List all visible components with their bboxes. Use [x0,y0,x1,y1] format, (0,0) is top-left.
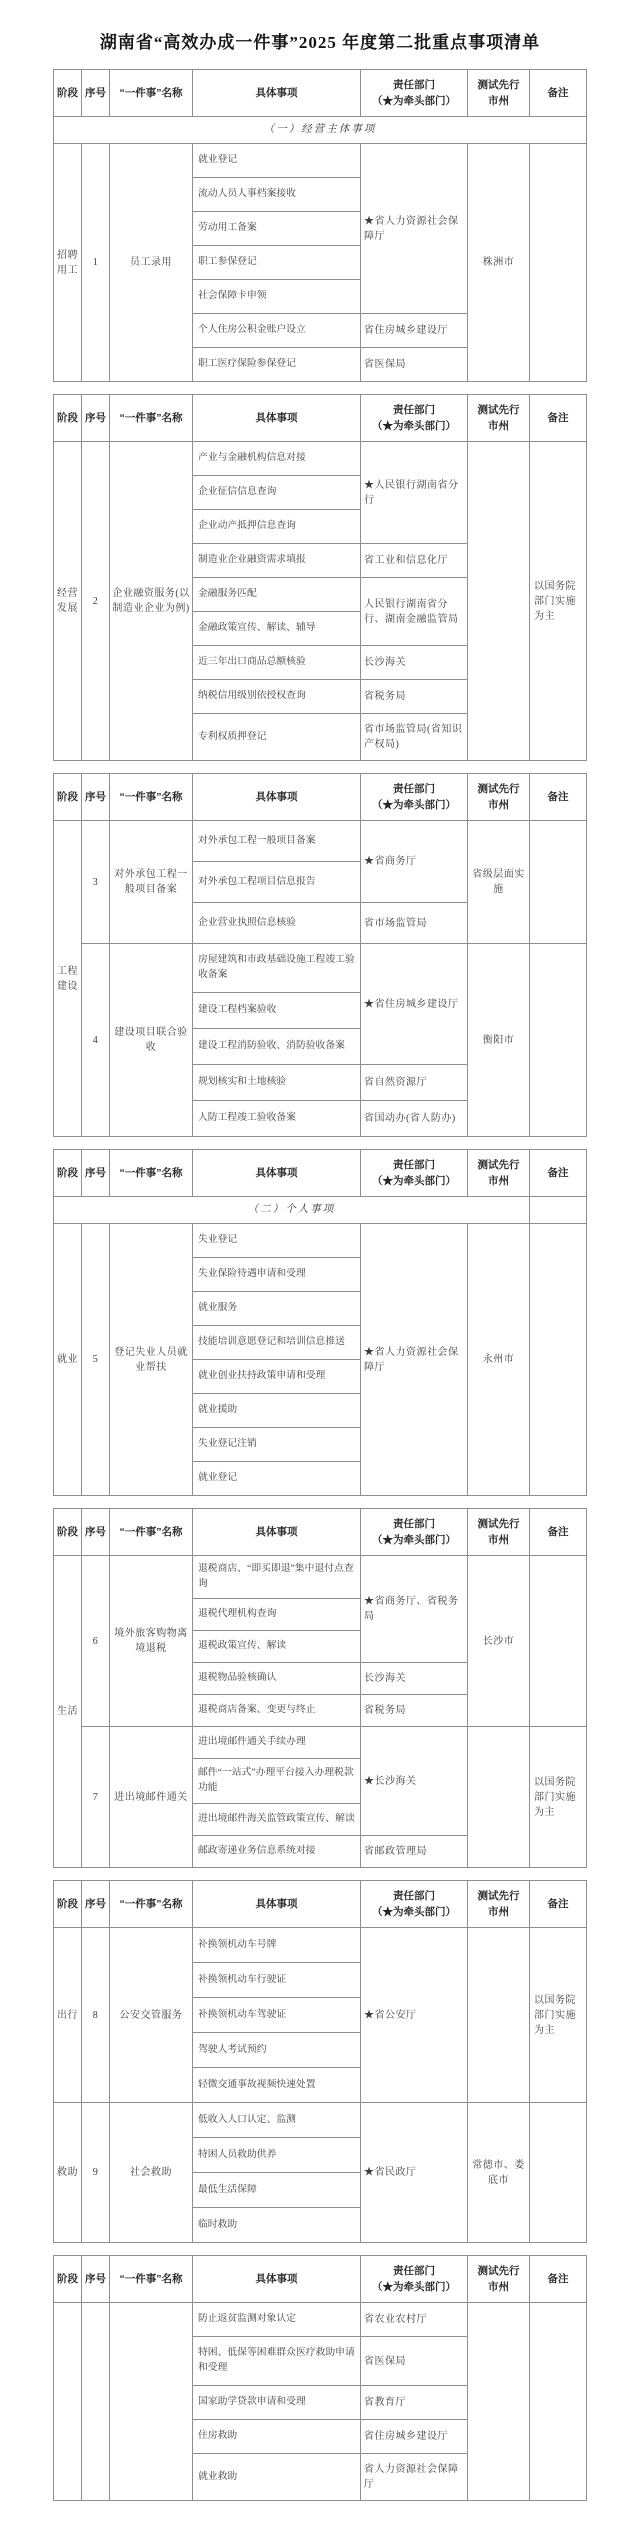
serial-cell: 8 [82,1928,110,2103]
stage-cell: 出行 [54,1928,82,2103]
col-header-remark: 备注 [530,774,587,821]
remark-cell [530,1556,587,1727]
dept-cell: 省住房城乡建设厅 [361,2420,468,2454]
table-row: 经营发展 2 企业融资服务(以制造业企业为例) 产业与金融机构信息对接 ★人民银… [54,442,587,476]
city-cell: 永州市 [468,1224,530,1496]
table-block-5: 阶段 序号 “一件事”名称 具体事项 责任部门 （★为牵头部门） 测试先行 市州… [53,1508,587,1868]
col-header-stage: 阶段 [54,2256,82,2303]
dept-cell: 省国动办(省人防办) [361,1101,468,1137]
col-header-city: 测试先行 市州 [468,1509,530,1556]
item-cell: 纳税信用级别依授权查询 [193,680,361,714]
item-cell: 企业营业执照信息核验 [193,903,361,944]
item-cell: 退税物品验核确认 [193,1663,361,1695]
item-cell: 退税政策宣传、解读 [193,1631,361,1663]
dept-cell: 省工业和信息化厅 [361,544,468,578]
item-cell: 失业保险待遇申请和受理 [193,1258,361,1292]
dept-cell: ★省商务厅 [361,821,468,903]
name-cell: 企业融资服务(以制造业企业为例) [110,442,193,761]
section-banner: （二）个人事项 [54,1197,530,1224]
item-cell: 产业与金融机构信息对接 [193,442,361,476]
header-row: 阶段 序号 “一件事”名称 具体事项 责任部门 （★为牵头部门） 测试先行 市州… [54,1881,587,1928]
col-header-stage: 阶段 [54,70,82,117]
table-row: 救助 9 社会救助 低收入人口认定、监测 ★省民政厅 常德市、娄底市 [54,2103,587,2138]
item-cell: 就业登记 [193,144,361,178]
serial-cell: 3 [82,821,110,944]
city-cell: 常德市、娄底市 [468,2103,530,2243]
header-row: 阶段 序号 “一件事”名称 具体事项 责任部门 （★为牵头部门） 测试先行 市州… [54,2256,587,2303]
item-cell: 国家助学贷款申请和受理 [193,2386,361,2420]
item-cell: 社会保障卡申领 [193,280,361,314]
item-cell: 防止返贫监测对象认定 [193,2303,361,2337]
document: 湖南省“高效办成一件事”2025 年度第二批重点事项清单 阶段 序号 “一件事”… [0,0,640,2529]
col-header-city: 测试先行 市州 [468,1881,530,1928]
col-header-city: 测试先行 市州 [468,2256,530,2303]
page-title: 湖南省“高效办成一件事”2025 年度第二批重点事项清单 [0,28,640,53]
col-header-no: 序号 [82,1150,110,1197]
col-header-city: 测试先行 市州 [468,70,530,117]
serial-cell: 2 [82,442,110,761]
item-cell: 规划核实和土地核验 [193,1065,361,1101]
col-header-stage: 阶段 [54,774,82,821]
name-cell [110,2303,193,2501]
col-header-remark: 备注 [530,2256,587,2303]
city-cell: 衡阳市 [468,944,530,1137]
col-header-name: “一件事”名称 [110,70,193,117]
city-cell [468,1727,530,1868]
remark-cell: 以国务院部门实施为主 [530,1928,587,2103]
city-cell [468,1928,530,2103]
header-row: 阶段 序号 “一件事”名称 具体事项 责任部门 （★为牵头部门） 测试先行 市州… [54,774,587,821]
col-header-no: 序号 [82,70,110,117]
serial-cell: 9 [82,2103,110,2243]
item-cell: 特困、低保等困难群众医疗救助申请和受理 [193,2337,361,2386]
section-banner-row: （二）个人事项 [54,1197,587,1224]
section-banner: （一）经营主体事项 [54,117,587,144]
table-block-7: 阶段 序号 “一件事”名称 具体事项 责任部门 （★为牵头部门） 测试先行 市州… [53,2255,587,2501]
header-row: 阶段 序号 “一件事”名称 具体事项 责任部门 （★为牵头部门） 测试先行 市州… [54,1150,587,1197]
name-cell: 对外承包工程一般项目备案 [110,821,193,944]
section-banner-row: （一）经营主体事项 [54,117,587,144]
dept-cell: 省税务局 [361,1695,468,1727]
col-header-city: 测试先行 市州 [468,774,530,821]
table-row: 防止返贫监测对象认定 省农业农村厅 [54,2303,587,2337]
col-header-item: 具体事项 [193,1881,361,1928]
col-header-item: 具体事项 [193,395,361,442]
remark-cell: 以国务院部门实施为主 [530,442,587,761]
col-header-dept: 责任部门 （★为牵头部门） [361,395,468,442]
item-cell: 就业登记 [193,1462,361,1496]
serial-cell: 1 [82,144,110,382]
table-row: 出行 8 公安交管服务 补换领机动车号牌 ★省公安厅 以国务院部门实施为主 [54,1928,587,1963]
item-cell: 建设工程档案验收 [193,993,361,1029]
table-row: 7 进出境邮件通关 进出境邮件通关手续办理 ★长沙海关 以国务院部门实施为主 [54,1727,587,1759]
dept-cell: 省医保局 [361,348,468,382]
name-cell: 境外旅客购物离境退税 [110,1556,193,1727]
header-row: 阶段 序号 “一件事”名称 具体事项 责任部门 （★为牵头部门） 测试先行 市州… [54,1509,587,1556]
item-cell: 制造业企业融资需求填报 [193,544,361,578]
item-cell: 职工医疗保险参保登记 [193,348,361,382]
item-cell: 退税代理机构查询 [193,1599,361,1631]
col-header-dept: 责任部门 （★为牵头部门） [361,70,468,117]
name-cell: 社会救助 [110,2103,193,2243]
item-cell: 人防工程竣工验收备案 [193,1101,361,1137]
col-header-name: “一件事”名称 [110,1150,193,1197]
item-cell: 轻微交通事故视频快速处置 [193,2068,361,2103]
item-cell: 就业创业扶持政策申请和受理 [193,1360,361,1394]
col-header-item: 具体事项 [193,1150,361,1197]
table-row: 4 建设项目联合验收 房屋建筑和市政基础设施工程竣工验收备案 ★省住房城乡建设厅… [54,944,587,993]
dept-cell: ★省民政厅 [361,2103,468,2243]
name-cell: 建设项目联合验收 [110,944,193,1137]
dept-cell: ★长沙海关 [361,1727,468,1836]
serial-cell [82,2303,110,2501]
dept-cell: 省市场监管局 [361,903,468,944]
city-cell: 省级层面实施 [468,821,530,944]
item-cell: 企业动产抵押信息查询 [193,510,361,544]
col-header-city: 测试先行 市州 [468,395,530,442]
dept-cell: 长沙海关 [361,1663,468,1695]
item-cell: 驾驶人考试预约 [193,2033,361,2068]
item-cell: 低收入人口认定、监测 [193,2103,361,2138]
remark-cell: 以国务院部门实施为主 [530,1727,587,1868]
col-header-remark: 备注 [530,1150,587,1197]
col-header-no: 序号 [82,1509,110,1556]
stage-cell: 经营发展 [54,442,82,761]
col-header-name: “一件事”名称 [110,1881,193,1928]
item-cell: 建设工程消防验收、消防验收备案 [193,1029,361,1065]
remark-cell [530,1224,587,1496]
serial-cell: 6 [82,1556,110,1727]
col-header-no: 序号 [82,1881,110,1928]
col-header-dept: 责任部门 （★为牵头部门） [361,1881,468,1928]
item-cell: 退税商店、“即买即退”集中退付点查询 [193,1556,361,1599]
col-header-remark: 备注 [530,1881,587,1928]
stage-cell: 生活 [54,1556,82,1868]
item-cell: 金融服务匹配 [193,578,361,612]
item-cell: 住房救助 [193,2420,361,2454]
stage-cell [54,2303,82,2501]
header-row: 阶段 序号 “一件事”名称 具体事项 责任部门 （★为牵头部门） 测试先行 市州… [54,395,587,442]
serial-cell: 4 [82,944,110,1137]
dept-cell: ★省公安厅 [361,1928,468,2103]
col-header-no: 序号 [82,395,110,442]
col-header-dept: 责任部门 （★为牵头部门） [361,774,468,821]
item-cell: 最低生活保障 [193,2173,361,2208]
serial-cell: 5 [82,1224,110,1496]
dept-cell: 省农业农村厅 [361,2303,468,2337]
city-cell [468,2303,530,2501]
dept-cell: 省自然资源厅 [361,1065,468,1101]
dept-cell: 省住房城乡建设厅 [361,314,468,348]
item-cell: 邮政寄递业务信息系统对接 [193,1836,361,1868]
dept-cell: 省邮政管理局 [361,1836,468,1868]
item-cell: 流动人员人事档案接收 [193,178,361,212]
item-cell: 临时救助 [193,2208,361,2243]
name-cell: 员工录用 [110,144,193,382]
item-cell: 补换领机动车驾驶证 [193,1998,361,2033]
col-header-stage: 阶段 [54,1150,82,1197]
item-cell: 进出境邮件海关监管政策宣传、解读 [193,1804,361,1836]
item-cell: 就业援助 [193,1394,361,1428]
stage-cell: 工程建设 [54,821,82,1137]
dept-cell: 省医保局 [361,2337,468,2386]
col-header-name: “一件事”名称 [110,1509,193,1556]
remark-cell [530,821,587,944]
city-cell: 株洲市 [468,144,530,382]
dept-cell: 省教育厅 [361,2386,468,2420]
item-cell: 近三年出口商品总额核验 [193,646,361,680]
item-cell: 邮件“一站式”办理平台接入办理税款功能 [193,1759,361,1804]
col-header-item: 具体事项 [193,2256,361,2303]
col-header-stage: 阶段 [54,395,82,442]
item-cell: 企业征信信息查询 [193,476,361,510]
item-cell: 劳动用工备案 [193,212,361,246]
stage-cell: 就业 [54,1224,82,1496]
col-header-no: 序号 [82,774,110,821]
remark-cell [530,2103,587,2243]
stage-cell: 救助 [54,2103,82,2243]
dept-cell: ★省商务厅、省税务局 [361,1556,468,1663]
item-cell: 职工参保登记 [193,246,361,280]
col-header-name: “一件事”名称 [110,2256,193,2303]
col-header-dept: 责任部门 （★为牵头部门） [361,1509,468,1556]
item-cell: 房屋建筑和市政基础设施工程竣工验收备案 [193,944,361,993]
table-block-6: 阶段 序号 “一件事”名称 具体事项 责任部门 （★为牵头部门） 测试先行 市州… [53,1880,587,2243]
col-header-item: 具体事项 [193,1509,361,1556]
table-row: 生活 6 境外旅客购物离境退税 退税商店、“即买即退”集中退付点查询 ★省商务厅… [54,1556,587,1599]
item-cell: 退税商店备案、变更与终止 [193,1695,361,1727]
col-header-city: 测试先行 市州 [468,1150,530,1197]
remark-cell [530,144,587,382]
item-cell: 个人住房公积金账户设立 [193,314,361,348]
table-block-3: 阶段 序号 “一件事”名称 具体事项 责任部门 （★为牵头部门） 测试先行 市州… [53,773,587,1137]
remark-cell [530,2303,587,2501]
item-cell: 特困人员救助供养 [193,2138,361,2173]
col-header-stage: 阶段 [54,1881,82,1928]
section-banner-remark-cell [530,1197,587,1224]
item-cell: 失业登记注销 [193,1428,361,1462]
item-cell: 就业服务 [193,1292,361,1326]
dept-cell: 人民银行湖南省分行、湖南金融监管局 [361,578,468,646]
header-row: 阶段 序号 “一件事”名称 具体事项 责任部门 （★为牵头部门） 测试先行 市州… [54,70,587,117]
serial-cell: 7 [82,1727,110,1868]
table-block-1: 阶段 序号 “一件事”名称 具体事项 责任部门 （★为牵头部门） 测试先行 市州… [53,69,587,382]
item-cell: 对外承包工程项目信息报告 [193,862,361,903]
col-header-item: 具体事项 [193,70,361,117]
stage-cell: 招聘用工 [54,144,82,382]
table-block-2: 阶段 序号 “一件事”名称 具体事项 责任部门 （★为牵头部门） 测试先行 市州… [53,394,587,761]
col-header-name: “一件事”名称 [110,774,193,821]
item-cell: 补换领机动车行驶证 [193,1963,361,1998]
col-header-item: 具体事项 [193,774,361,821]
table-row: 招聘用工 1 员工录用 就业登记 ★省人力资源社会保障厅 株洲市 [54,144,587,178]
dept-cell: 省市场监管局(省知识产权局) [361,714,468,761]
name-cell: 登记失业人员就业帮扶 [110,1224,193,1496]
dept-cell: ★省人力资源社会保障厅 [361,1224,468,1496]
table-row: 就业 5 登记失业人员就业帮扶 失业登记 ★省人力资源社会保障厅 永州市 [54,1224,587,1258]
table-block-4: 阶段 序号 “一件事”名称 具体事项 责任部门 （★为牵头部门） 测试先行 市州… [53,1149,587,1496]
item-cell: 补换领机动车号牌 [193,1928,361,1963]
item-cell: 进出境邮件通关手续办理 [193,1727,361,1759]
item-cell: 技能培训意愿登记和培训信息推送 [193,1326,361,1360]
col-header-no: 序号 [82,2256,110,2303]
city-cell: 长沙市 [468,1556,530,1727]
col-header-remark: 备注 [530,1509,587,1556]
dept-cell: 省人力资源社会保障厅 [361,2454,468,2501]
col-header-remark: 备注 [530,70,587,117]
dept-cell: 长沙海关 [361,646,468,680]
col-header-stage: 阶段 [54,1509,82,1556]
dept-cell: ★省住房城乡建设厅 [361,944,468,1065]
item-cell: 对外承包工程一般项目备案 [193,821,361,862]
dept-cell: 省税务局 [361,680,468,714]
table-row: 工程建设 3 对外承包工程一般项目备案 对外承包工程一般项目备案 ★省商务厅 省… [54,821,587,862]
item-cell: 失业登记 [193,1224,361,1258]
dept-cell: ★省人力资源社会保障厅 [361,144,468,314]
col-header-name: “一件事”名称 [110,395,193,442]
item-cell: 专利权质押登记 [193,714,361,761]
col-header-remark: 备注 [530,395,587,442]
remark-cell [530,944,587,1137]
item-cell: 金融政策宣传、解读、辅导 [193,612,361,646]
city-cell [468,442,530,761]
name-cell: 进出境邮件通关 [110,1727,193,1868]
col-header-dept: 责任部门 （★为牵头部门） [361,1150,468,1197]
col-header-dept: 责任部门 （★为牵头部门） [361,2256,468,2303]
item-cell: 就业救助 [193,2454,361,2501]
dept-cell: ★人民银行湖南省分行 [361,442,468,544]
name-cell: 公安交管服务 [110,1928,193,2103]
